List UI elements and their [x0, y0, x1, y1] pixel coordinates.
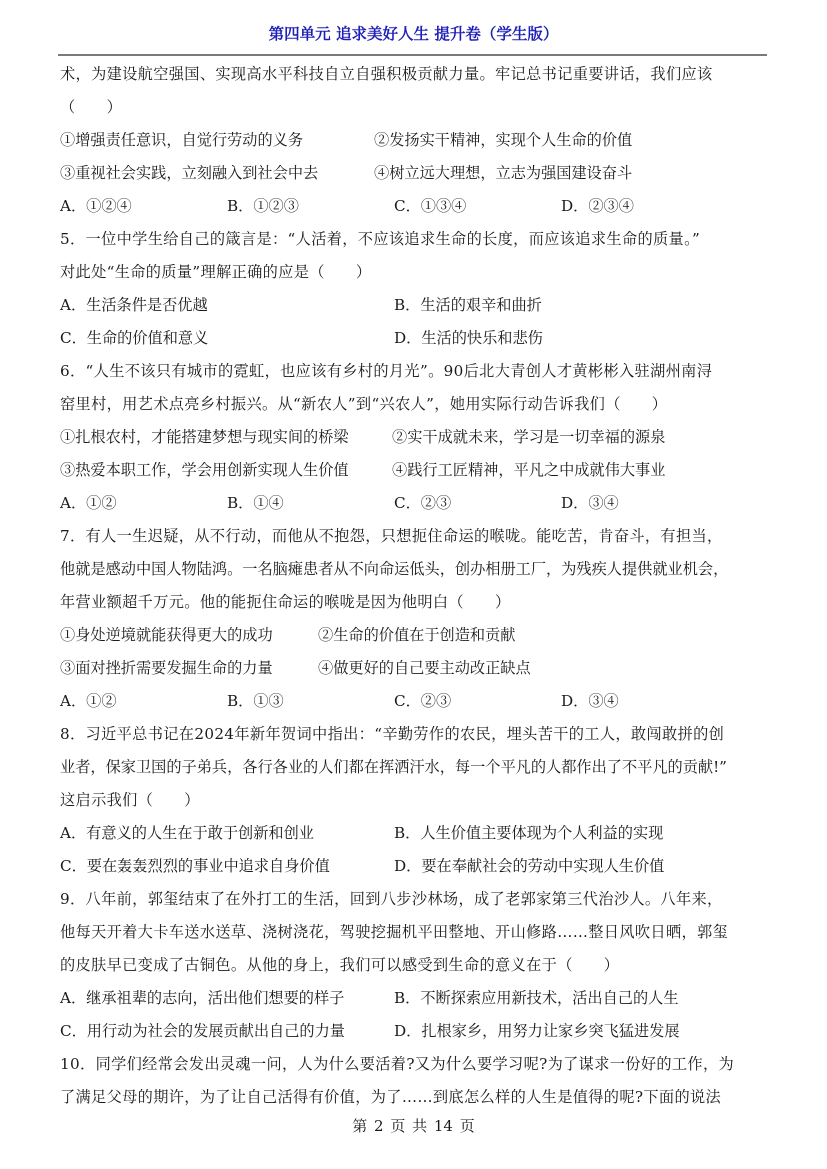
question-text-line: 10．同学们经常会发出灵魂一问，人为什么要活着?又为什么要学习呢?为了谋求一份好…	[60, 1048, 770, 1081]
option-b: B．①③	[227, 685, 394, 718]
option-a: A．生活条件是否优越	[60, 289, 394, 322]
statement-4: ④树立远大理想，立志为强国建设奋斗	[374, 157, 632, 190]
question-10: 10．同学们经常会发出灵魂一问，人为什么要活着?又为什么要学习呢?为了谋求一份好…	[60, 1048, 770, 1114]
options-row: A．有意义的人生在于敢于创新和创业 B．人生价值主要体现为个人利益的实现	[60, 817, 770, 850]
question-4: 术，为建设航空强国、实现高水平科技自立自强积极贡献力量。牢记总书记重要讲话，我们…	[60, 58, 770, 223]
question-text-line: 术，为建设航空强国、实现高水平科技自立自强积极贡献力量。牢记总书记重要讲话，我们…	[60, 58, 770, 91]
statement-1: ①增强责任意识，自觉行劳动的义务	[60, 124, 360, 157]
option-a: A．①②	[60, 685, 227, 718]
options-row: C．生命的价值和意义 D．生活的快乐和悲伤	[60, 322, 770, 355]
page-title: 第四单元 追求美好人生 提升卷（学生版）	[0, 22, 827, 44]
option-a: A．①②	[60, 487, 227, 520]
options-row: A．①② B．①③ C．②③ D．③④	[60, 685, 770, 718]
statement-2: ②发扬实干精神，实现个人生命的价值	[374, 124, 632, 157]
options-row: C．用行动为社会的发展贡献出自己的力量 D．扎根家乡，用努力让家乡突飞猛进发展	[60, 1015, 770, 1048]
statement-4: ④做更好的自己要主动改正缺点	[318, 652, 531, 685]
option-c: C．要在轰轰烈烈的事业中追求自身价值	[60, 850, 394, 883]
page-indicator: 第 2 页 共 14 页	[0, 1115, 827, 1136]
question-5: 5．一位中学生给自己的箴言是：“人活着，不应该追求生命的长度，而应该追求生命的质…	[60, 223, 770, 355]
question-text-line: 9．八年前，郭玺结束了在外打工的生活，回到八步沙林场，成了老郭家第三代治沙人。八…	[60, 883, 770, 916]
option-b: B．不断探索应用新技术，活出自己的人生	[394, 982, 728, 1015]
question-text-line: 窑里村，用艺术点亮乡村振兴。从“新农人”到“兴农人”，她用实际行动告诉我们（ ）	[60, 388, 770, 421]
statement-2: ②生命的价值在于创造和贡献	[318, 619, 515, 652]
question-text-line: 业者，保家卫国的子弟兵，各行各业的人们都在挥洒汗水，每一个平凡的人都作出了不平凡…	[60, 751, 770, 784]
statement-row: ③面对挫折需要发掘生命的力量 ④做更好的自己要主动改正缺点	[60, 652, 770, 685]
question-6: 6．“人生不该只有城市的霓虹，也应该有乡村的月光”。90后北大青创人才黄彬彬入驻…	[60, 355, 770, 520]
question-text-line: 了满足父母的期许，为了让自己活得有价值，为了……到底怎么样的人生是值得的呢?下面…	[60, 1081, 770, 1114]
statement-3: ③热爱本职工作，学会用创新实现人生价值	[60, 454, 378, 487]
option-b: B．①②③	[227, 190, 394, 223]
statement-3: ③重视社会实践，立刻融入到社会中去	[60, 157, 360, 190]
option-c: C．用行动为社会的发展贡献出自己的力量	[60, 1015, 394, 1048]
option-c: C．①③④	[394, 190, 561, 223]
question-text-line: 年营业额超千万元。他的能扼住命运的喉咙是因为他明白（ ）	[60, 586, 770, 619]
question-text-line: 对此处“生命的质量”理解正确的应是（ ）	[60, 256, 770, 289]
option-a: A．①②④	[60, 190, 227, 223]
options-row: A．①②④ B．①②③ C．①③④ D．②③④	[60, 190, 770, 223]
question-text-line: 7．有人一生迟疑，从不行动，而他从不抱怨，只想扼住命运的喉咙。能吃苦，肯奋斗，有…	[60, 520, 770, 553]
option-a: A．继承祖辈的志向，活出他们想要的样子	[60, 982, 394, 1015]
statement-4: ④践行工匠精神，平凡之中成就伟大事业	[392, 454, 665, 487]
option-a: A．有意义的人生在于敢于创新和创业	[60, 817, 394, 850]
question-text-line: 6．“人生不该只有城市的霓虹，也应该有乡村的月光”。90后北大青创人才黄彬彬入驻…	[60, 355, 770, 388]
header-divider	[58, 54, 767, 56]
statement-2: ②实干成就未来，学习是一切幸福的源泉	[392, 421, 665, 454]
question-text-line: 这启示我们（ ）	[60, 784, 770, 817]
options-row: C．要在轰轰烈烈的事业中追求自身价值 D．要在奉献社会的劳动中实现人生价值	[60, 850, 770, 883]
question-8: 8．习近平总书记在2024年新年贺词中指出：“辛勤劳作的农民，埋头苦干的工人，敢…	[60, 718, 770, 883]
statement-1: ①扎根农村，才能搭建梦想与现实间的桥梁	[60, 421, 378, 454]
answer-blank: （ ）	[60, 91, 770, 124]
question-text-line: 他每天开着大卡车送水送草、浇树浇花，驾驶挖掘机平田整地、开山修路……整日风吹日晒…	[60, 916, 770, 949]
statement-3: ③面对挫折需要发掘生命的力量	[60, 652, 304, 685]
option-b: B．①④	[227, 487, 394, 520]
options-row: A．继承祖辈的志向，活出他们想要的样子 B．不断探索应用新技术，活出自己的人生	[60, 982, 770, 1015]
question-text-line: 8．习近平总书记在2024年新年贺词中指出：“辛勤劳作的农民，埋头苦干的工人，敢…	[60, 718, 770, 751]
option-d: D．生活的快乐和悲伤	[394, 322, 728, 355]
option-b: B．生活的艰辛和曲折	[394, 289, 728, 322]
option-c: C．②③	[394, 685, 561, 718]
options-row: A．①② B．①④ C．②③ D．③④	[60, 487, 770, 520]
option-d: D．要在奉献社会的劳动中实现人生价值	[394, 850, 728, 883]
statement-row: ③热爱本职工作，学会用创新实现人生价值 ④践行工匠精神，平凡之中成就伟大事业	[60, 454, 770, 487]
option-d: D．③④	[561, 685, 728, 718]
option-d: D．扎根家乡，用努力让家乡突飞猛进发展	[394, 1015, 728, 1048]
statement-1: ①身处逆境就能获得更大的成功	[60, 619, 304, 652]
statement-row: ③重视社会实践，立刻融入到社会中去 ④树立远大理想，立志为强国建设奋斗	[60, 157, 770, 190]
option-b: B．人生价值主要体现为个人利益的实现	[394, 817, 728, 850]
option-c: C．②③	[394, 487, 561, 520]
question-text-line: 5．一位中学生给自己的箴言是：“人活着，不应该追求生命的长度，而应该追求生命的质…	[60, 223, 770, 256]
question-text-line: 的皮肤早已变成了古铜色。从他的身上，我们可以感受到生命的意义在于（ ）	[60, 949, 770, 982]
option-d: D．③④	[561, 487, 728, 520]
question-9: 9．八年前，郭玺结束了在外打工的生活，回到八步沙林场，成了老郭家第三代治沙人。八…	[60, 883, 770, 1048]
question-7: 7．有人一生迟疑，从不行动，而他从不抱怨，只想扼住命运的喉咙。能吃苦，肯奋斗，有…	[60, 520, 770, 718]
question-text-line: 他就是感动中国人物陆鸿。一名脑瘫患者从不向命运低头，创办相册工厂，为残疾人提供就…	[60, 553, 770, 586]
statement-row: ①身处逆境就能获得更大的成功 ②生命的价值在于创造和贡献	[60, 619, 770, 652]
options-row: A．生活条件是否优越 B．生活的艰辛和曲折	[60, 289, 770, 322]
statement-row: ①扎根农村，才能搭建梦想与现实间的桥梁 ②实干成就未来，学习是一切幸福的源泉	[60, 421, 770, 454]
statement-row: ①增强责任意识，自觉行劳动的义务 ②发扬实干精神，实现个人生命的价值	[60, 124, 770, 157]
document-body: 术，为建设航空强国、实现高水平科技自立自强积极贡献力量。牢记总书记重要讲话，我们…	[60, 58, 770, 1114]
option-d: D．②③④	[561, 190, 728, 223]
option-c: C．生命的价值和意义	[60, 322, 394, 355]
